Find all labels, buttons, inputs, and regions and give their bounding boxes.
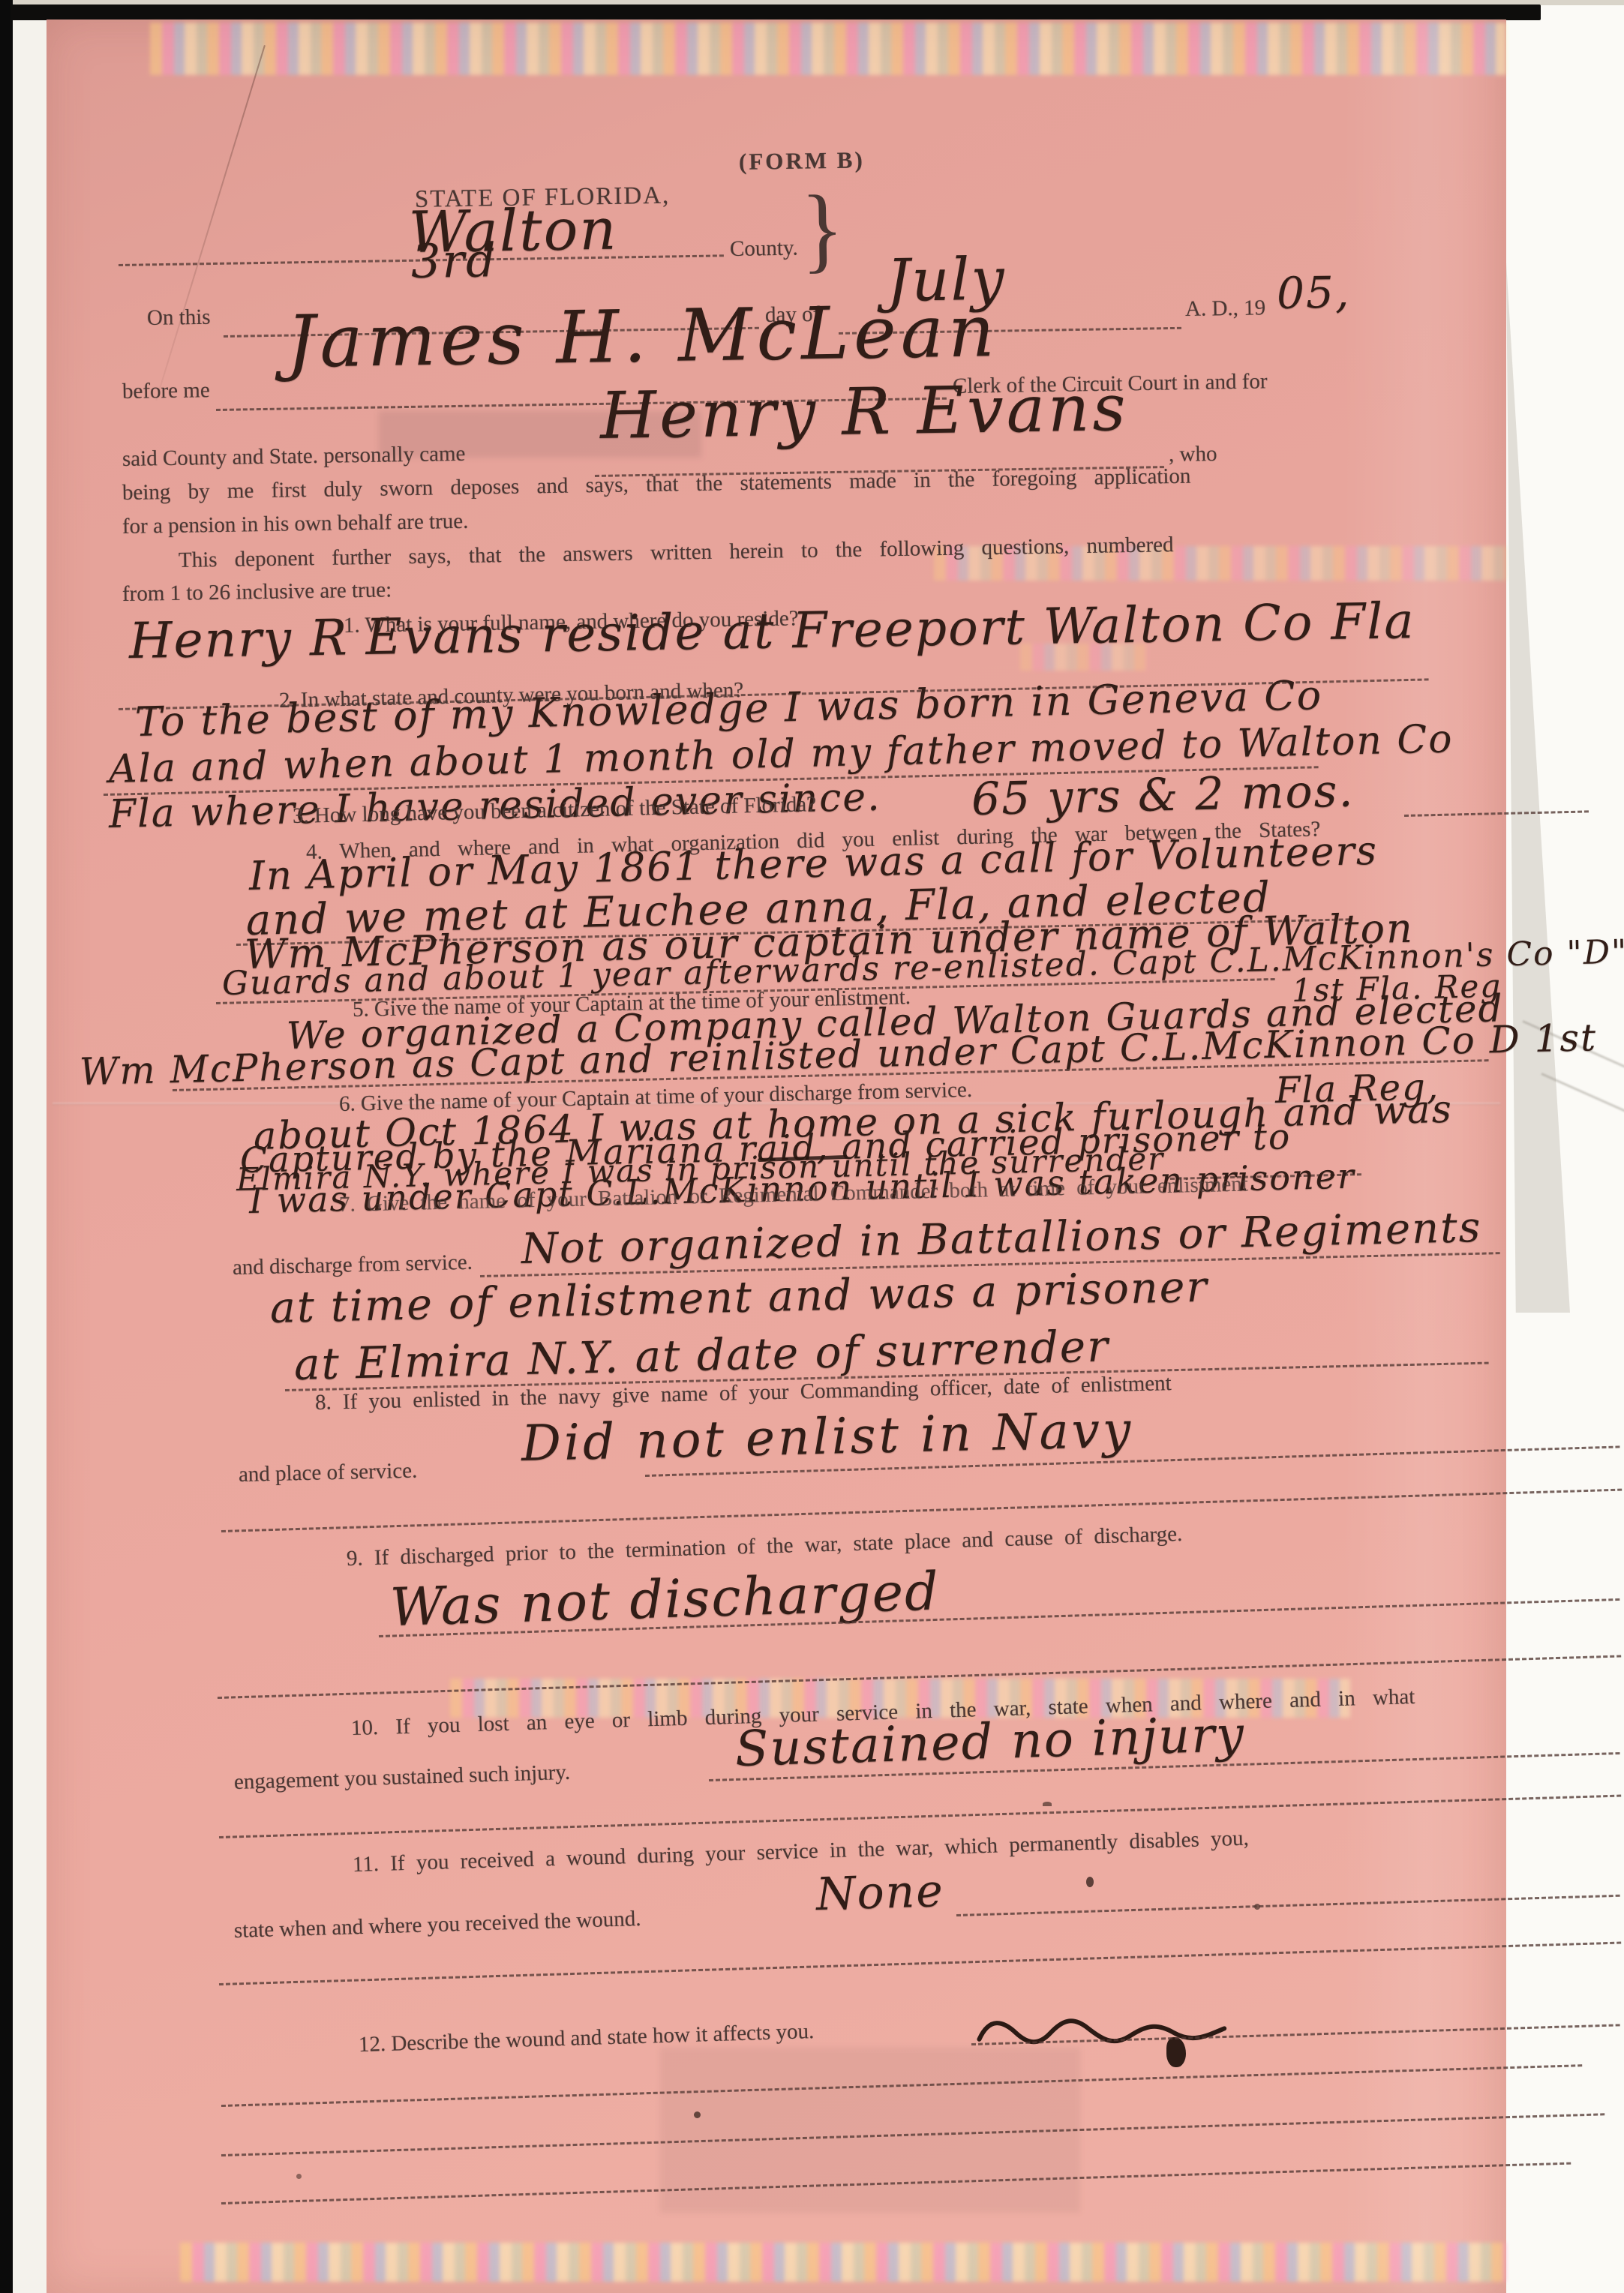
scanned-pension-form: (FORM B) STATE OF FLORIDA, Walton County… <box>0 0 1624 2293</box>
day-value-handwritten: 3rd <box>411 237 498 285</box>
before-me-label: before me <box>122 380 210 403</box>
form-label: (FORM B) <box>739 148 865 173</box>
deponent-line-2: from 1 to 26 inclusive are true: <box>122 579 392 605</box>
applicant-name-handwritten: Henry R Evans <box>599 376 1129 449</box>
q3-answer-handwritten: 65 yrs & 2 mos. <box>971 768 1355 822</box>
scanner-shadow-top <box>11 5 1541 20</box>
ink-speck-1 <box>694 2111 701 2118</box>
q8-answer-handwritten: Did not enlist in Navy <box>521 1405 1134 1469</box>
right-margin-shadow <box>1506 263 1570 1313</box>
who-label: , who <box>1169 443 1217 466</box>
q11-answer-handwritten: None <box>815 1868 944 1917</box>
q12-answer-squiggle <box>974 1997 1231 2058</box>
ad-label: A. D., 19 <box>1185 297 1266 320</box>
came-label: said County and State. personally came <box>122 443 466 470</box>
ink-speck-5 <box>296 2174 302 2179</box>
q7-label-line2: and discharge from service. <box>233 1252 473 1279</box>
clerk-name-handwritten: James H. McLean <box>286 295 999 378</box>
header-brace: } <box>800 174 845 285</box>
scan-margin-left <box>13 20 49 2293</box>
year-value-handwritten: 05, <box>1277 270 1351 315</box>
q8-label-line2: and place of service. <box>239 1460 418 1486</box>
sworn-line-2: for a pension in his own behalf are true… <box>122 511 469 538</box>
ink-speck-4 <box>1043 1802 1052 1806</box>
county-label: County. <box>730 238 798 260</box>
q9-answer-handwritten: Was not discharged <box>389 1565 941 1634</box>
scanner-edge-left <box>0 0 13 2293</box>
ink-speck-2 <box>1086 1877 1094 1887</box>
on-this-label: On this <box>147 307 211 329</box>
q10-answer-handwritten: Sustained no injury <box>734 1710 1246 1774</box>
